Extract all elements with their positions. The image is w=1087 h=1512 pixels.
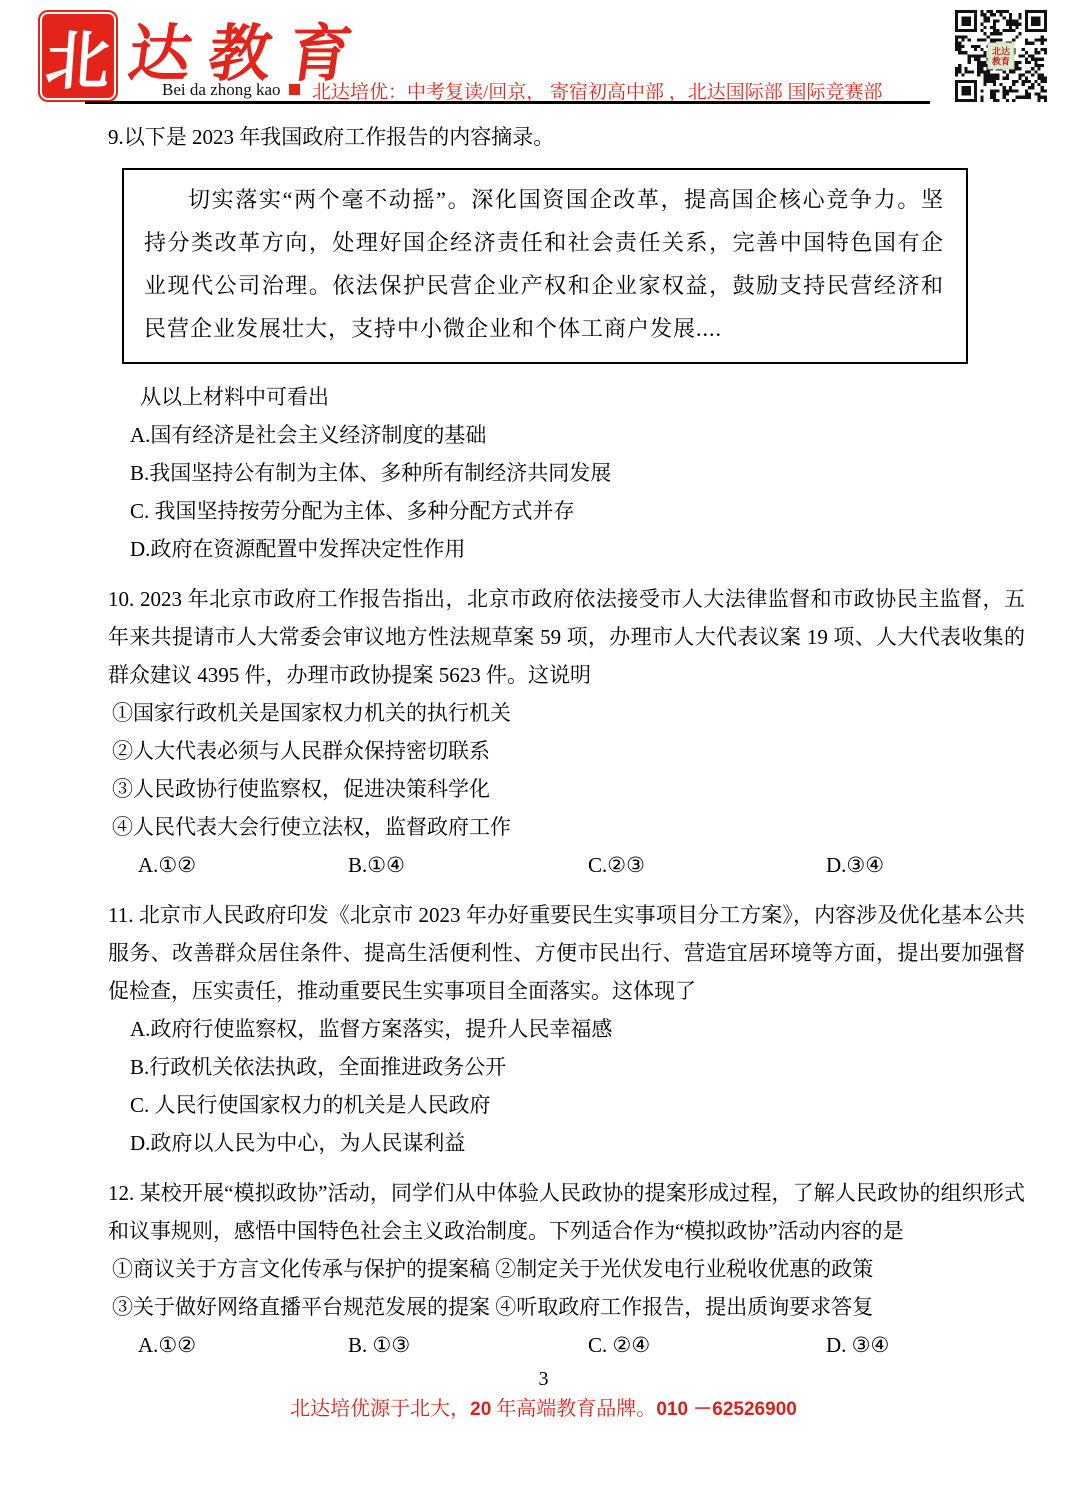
footer-slogan-text-2: 年高端教育品牌。 (491, 1398, 656, 1420)
exam-page: 北 达教育 Bei da zhong kao 北达培优：中考复读/回京， 寄宿初… (0, 0, 1087, 1512)
q9-option-c: C. 我国坚持按劳分配为主体、多种分配方式并存 (108, 492, 1025, 530)
q12-items-line-1: ①商议关于方言文化传承与保护的提案稿 ②制定关于光伏发电行业税收优惠的政策 (108, 1250, 1025, 1288)
q12-options-row: A.①② B. ①③ C. ②④ D. ③④ (108, 1326, 1025, 1364)
brand-seal: 北 (38, 10, 118, 102)
question-12: 12. 某校开展“模拟政协”活动，同学们从中体验人民政协的提案形成过程，了解人民… (108, 1174, 1025, 1364)
q10-option-c: C.②③ (588, 846, 826, 884)
q12-option-d: D. ③④ (826, 1326, 889, 1364)
q12-stem: 12. 某校开展“模拟政协”活动，同学们从中体验人民政协的提案形成过程，了解人民… (108, 1174, 1025, 1250)
q11-option-d: D.政府以人民为中心，为人民谋利益 (108, 1124, 1025, 1162)
q9-leadin: 从以上材料中可看出 (108, 378, 1025, 416)
header-tagline: 北达培优：中考复读/回京， 寄宿初高中部 ，北达国际部 国际竞赛部 (312, 77, 883, 104)
header-rule (85, 101, 930, 104)
q9-material-box: 切实落实“两个毫不动摇”。深化国资国企改革，提高国企核心竞争力。坚持分类改革方向… (122, 168, 968, 364)
q10-item-4: ④人民代表大会行使立法权，监督政府工作 (108, 808, 1025, 846)
q12-option-a: A.①② (138, 1326, 348, 1364)
q10-stem: 10. 2023 年北京市政府工作报告指出，北京市政府依法接受市人大法律监督和市… (108, 580, 1025, 694)
q10-options-row: A.①② B.①④ C.②③ D.③④ (108, 846, 1025, 884)
q9-option-a: A.国有经济是社会主义经济制度的基础 (108, 416, 1025, 454)
q11-option-c: C. 人民行使国家权力的机关是人民政府 (108, 1086, 1025, 1124)
q10-option-d: D.③④ (826, 846, 884, 884)
q9-stem: 9.以下是 2023 年我国政府工作报告的内容摘录。 (108, 118, 1025, 156)
q11-option-a: A.政府行使监察权，监督方案落实，提升人民幸福感 (108, 1010, 1025, 1048)
q10-item-1: ①国家行政机关是国家权力机关的执行机关 (108, 694, 1025, 732)
q11-option-b: B.行政机关依法执政，全面推进政务公开 (108, 1048, 1025, 1086)
q12-items-line-2: ③关于做好网络直播平台规范发展的提案 ④听取政府工作报告，提出质询要求答复 (108, 1288, 1025, 1326)
q12-option-b: B. ①③ (348, 1326, 588, 1364)
qr-code: 北达 教育 (955, 10, 1047, 102)
red-square-mark (289, 84, 300, 95)
q10-item-2: ②人大代表必须与人民群众保持密切联系 (108, 732, 1025, 770)
seal-character: 北 (43, 10, 113, 102)
q9-material-text: 切实落实“两个毫不动摇”。深化国资国企改革，提高国企核心竞争力。坚持分类改革方向… (144, 178, 944, 350)
q12-option-c: C. ②④ (588, 1326, 826, 1364)
footer-slogan: 北达培优源于北大，20 年高端教育品牌。010 －62526900 (0, 1392, 1087, 1421)
brand-subtitle: Bei da zhong kao (162, 80, 300, 100)
footer-years-number: 20 (470, 1399, 491, 1420)
exam-content: 9.以下是 2023 年我国政府工作报告的内容摘录。 切实落实“两个毫不动摇”。… (108, 118, 1025, 1364)
q9-option-b: B.我国坚持公有制为主体、多种所有制经济共同发展 (108, 454, 1025, 492)
q9-option-d: D.政府在资源配置中发挥决定性作用 (108, 530, 1025, 568)
q11-stem: 11. 北京市人民政府印发《北京市 2023 年办好重要民生实事项目分工方案》，… (108, 896, 1025, 1010)
question-10: 10. 2023 年北京市政府工作报告指出，北京市政府依法接受市人大法律监督和市… (108, 580, 1025, 884)
footer-slogan-text-1: 北达培优源于北大， (290, 1398, 470, 1420)
page-header: 北 达教育 Bei da zhong kao 北达培优：中考复读/回京， 寄宿初… (0, 0, 1087, 116)
question-9: 9.以下是 2023 年我国政府工作报告的内容摘录。 切实落实“两个毫不动摇”。… (108, 118, 1025, 568)
page-number: 3 (0, 1368, 1087, 1391)
qr-center-label: 北达 教育 (988, 43, 1015, 70)
q10-option-b: B.①④ (348, 846, 588, 884)
q10-item-3: ③人民政协行使监察权，促进决策科学化 (108, 770, 1025, 808)
question-11: 11. 北京市人民政府印发《北京市 2023 年办好重要民生实事项目分工方案》，… (108, 896, 1025, 1162)
q10-option-a: A.①② (138, 846, 348, 884)
footer-phone-number: 010 －62526900 (656, 1399, 797, 1420)
